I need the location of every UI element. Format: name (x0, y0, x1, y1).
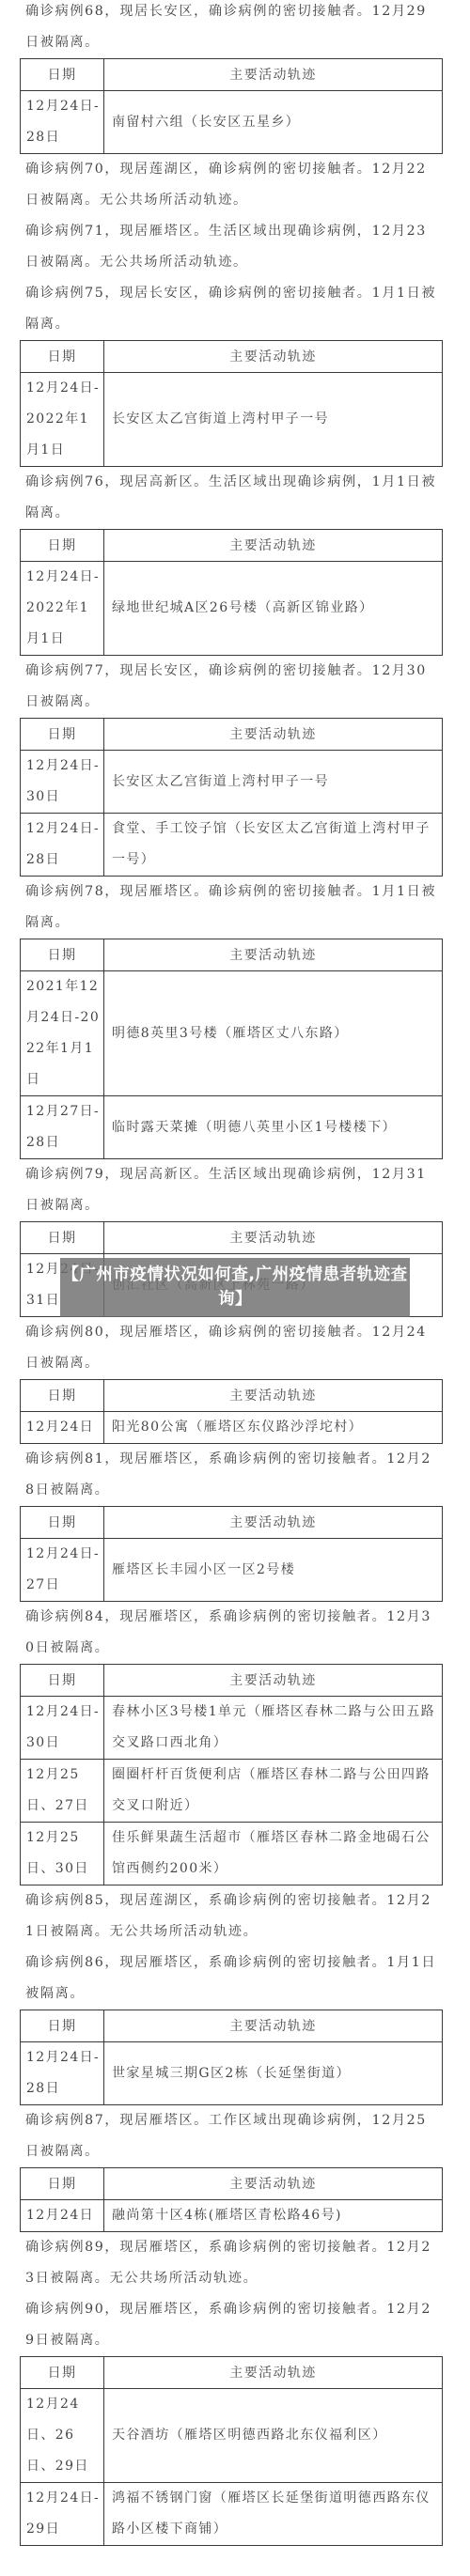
case-description: 确诊病例90，现居雁塔区，系确诊病例的密切接触者。12月29日被隔离。 (25, 2294, 439, 2356)
table-row: 12月24日融尚第十区4栋(雁塔区青松路46号) (21, 2200, 443, 2232)
location-cell: 世家星城三期G区2栋（长延堡街道） (104, 2042, 443, 2105)
table-header-row: 日期主要活动轨迹 (21, 59, 443, 91)
location-cell: 明德8英里3号楼（雁塔区丈八东路） (104, 971, 443, 1096)
activity-track-table: 日期主要活动轨迹2021年12月24日-2022年1月1日明德8英里3号楼（雁塔… (20, 939, 443, 1159)
header-date: 日期 (21, 1665, 104, 1697)
location-cell: 长安区太乙宫街道上湾村甲子一号 (104, 751, 443, 814)
header-track: 主要活动轨迹 (104, 1222, 443, 1254)
location-cell: 长安区太乙宫街道上湾村甲子一号 (104, 373, 443, 467)
case-description: 确诊病例76，现居高新区。生活区域出现确诊病例，1月1日被隔离。 (25, 467, 439, 529)
table-header-row: 日期主要活动轨迹 (21, 719, 443, 751)
header-track: 主要活动轨迹 (104, 530, 443, 562)
location-cell: 雁塔区长丰园小区一区2号楼 (104, 1539, 443, 1602)
header-track: 主要活动轨迹 (104, 2010, 443, 2042)
activity-track-table: 日期主要活动轨迹12月24日-30日长安区太乙宫街道上湾村甲子一号12月24日-… (20, 718, 443, 877)
header-date: 日期 (21, 1380, 104, 1412)
table-header-row: 日期主要活动轨迹 (21, 2357, 443, 2389)
location-cell: 天谷酒坊（雁塔区明德西路北东仪福利区） (104, 2389, 443, 2483)
date-cell: 12月25日、30日 (21, 1823, 104, 1885)
table-row: 12月24日-2022年1月1日长安区太乙宫街道上湾村甲子一号 (21, 373, 443, 467)
activity-track-table: 日期主要活动轨迹12月24日-2022年1月1日长安区太乙宫街道上湾村甲子一号 (20, 340, 443, 467)
table-row: 12月24日-28日食堂、手工饺子馆（长安区太乙宫街道上湾村甲子一号） (21, 814, 443, 877)
header-track: 主要活动轨迹 (104, 2357, 443, 2389)
table-row: 12月27日-28日临时露天菜摊（明德八英里小区1号楼楼下） (21, 1096, 443, 1159)
table-row: 12月24日-2022年1月1日绿地世纪城A区26号楼（高新区锦业路） (21, 562, 443, 656)
header-track: 主要活动轨迹 (104, 59, 443, 91)
table-header-row: 日期主要活动轨迹 (21, 530, 443, 562)
case-description: 确诊病例77，现居长安区，确诊病例的密切接触者。12月30日被隔离。 (25, 656, 439, 718)
table-row: 12月24日-28日世家星城三期G区2栋（长延堡街道） (21, 2042, 443, 2105)
header-date: 日期 (21, 1222, 104, 1254)
table-row: 12月24日-30日春林小区3号楼1单元（雁塔区春林二路与公田五路交叉路口西北角… (21, 1697, 443, 1760)
table-row: 12月24日-29日鸿福不锈钢门窗（雁塔区长延堡街道明德西路东仪路小区楼下商铺） (21, 2483, 443, 2546)
header-track: 主要活动轨迹 (104, 719, 443, 751)
table-row: 12月25日、30日佳乐鲜果蔬生活超市（雁塔区春林二路金地碣石公馆西侧约200米… (21, 1823, 443, 1885)
location-cell: 圈圈杆杆百货便利店（雁塔区春林二路与公田四路交叉口附近） (104, 1760, 443, 1823)
location-cell: 鸿福不锈钢门窗（雁塔区长延堡街道明德西路东仪路小区楼下商铺） (104, 2483, 443, 2546)
date-cell: 12月24日-28日 (21, 91, 104, 154)
case-description: 确诊病例75，现居长安区，确诊病例的密切接触者。1月1日被隔离。 (25, 278, 439, 340)
date-cell: 12月24日 (21, 1412, 104, 1444)
table-row: 12月24日-27日雁塔区长丰园小区一区2号楼 (21, 1539, 443, 1602)
title-banner-overlay: 【广州市疫情状况如何查,广州疫情患者轨迹查询】 (60, 1258, 410, 1317)
header-date: 日期 (21, 939, 104, 971)
activity-track-table: 日期主要活动轨迹12月24日-30日春林小区3号楼1单元（雁塔区春林二路与公田五… (20, 1664, 443, 1885)
header-track: 主要活动轨迹 (104, 1380, 443, 1412)
location-cell: 南留村六组（长安区五星乡） (104, 91, 443, 154)
location-cell: 阳光80公寓（雁塔区东仪路沙浮坨村） (104, 1412, 443, 1444)
location-cell: 春林小区3号楼1单元（雁塔区春林二路与公田五路交叉路口西北角） (104, 1697, 443, 1760)
activity-track-table: 日期主要活动轨迹12月24日-28日南留村六组（长安区五星乡） (20, 58, 443, 154)
date-cell: 12月24日-28日 (21, 2042, 104, 2105)
case-description: 确诊病例81，现居雁塔区，系确诊病例的密切接触者。12月28日被隔离。 (25, 1444, 439, 1506)
activity-track-table: 日期主要活动轨迹12月24日-27日雁塔区长丰园小区一区2号楼 (20, 1506, 443, 1602)
location-cell: 临时露天菜摊（明德八英里小区1号楼楼下） (104, 1096, 443, 1159)
banner-title: 【广州市疫情状况如何查,广州疫情患者轨迹查询】 (62, 1265, 407, 1309)
date-cell: 12月27日-28日 (21, 1096, 104, 1159)
table-row: 12月24日-30日长安区太乙宫街道上湾村甲子一号 (21, 751, 443, 814)
date-cell: 12月24日-28日 (21, 814, 104, 877)
date-cell: 2021年12月24日-2022年1月1日 (21, 971, 104, 1096)
table-header-row: 日期主要活动轨迹 (21, 2168, 443, 2200)
header-date: 日期 (21, 719, 104, 751)
date-cell: 12月24日-30日 (21, 1697, 104, 1760)
table-header-row: 日期主要活动轨迹 (21, 1507, 443, 1539)
case-description: 确诊病例86，现居雁塔区，系确诊病例的密切接触者。1月1日被隔离。 (25, 1948, 439, 2010)
activity-track-table: 日期主要活动轨迹12月24日-28日世家星城三期G区2栋（长延堡街道） (20, 2010, 443, 2105)
activity-track-table: 日期主要活动轨迹12月24日-2022年1月1日绿地世纪城A区26号楼（高新区锦… (20, 529, 443, 656)
date-cell: 12月24日-29日 (21, 2483, 104, 2546)
case-description: 确诊病例89，现居雁塔区，系确诊病例的密切接触者。12月23日被隔离。无公共场所… (25, 2232, 439, 2294)
location-cell: 佳乐鲜果蔬生活超市（雁塔区春林二路金地碣石公馆西侧约200米） (104, 1823, 443, 1885)
case-description: 确诊病例79，现居高新区。生活区域出现确诊病例，12月31日被隔离。 (25, 1159, 439, 1221)
table-row: 12月24日阳光80公寓（雁塔区东仪路沙浮坨村） (21, 1412, 443, 1444)
header-date: 日期 (21, 2357, 104, 2389)
date-cell: 12月24日-27日 (21, 1539, 104, 1602)
table-row: 12月24日、26日、29日天谷酒坊（雁塔区明德西路北东仪福利区） (21, 2389, 443, 2483)
case-description: 确诊病例85，现居莲湖区，系确诊病例的密切接触者。12月21日被隔离。无公共场所… (25, 1885, 439, 1948)
header-date: 日期 (21, 59, 104, 91)
header-track: 主要活动轨迹 (104, 1507, 443, 1539)
header-track: 主要活动轨迹 (104, 939, 443, 971)
case-description: 确诊病例87，现居雁塔区。工作区域出现确诊病例，12月25日被隔离。 (25, 2105, 439, 2167)
header-date: 日期 (21, 2168, 104, 2200)
header-track: 主要活动轨迹 (104, 341, 443, 373)
date-cell: 12月24日 (21, 2200, 104, 2232)
case-description: 确诊病例80，现居雁塔区，确诊病例的密切接触者。12月24日被隔离。 (25, 1317, 439, 1379)
activity-track-table: 日期主要活动轨迹12月24日融尚第十区4栋(雁塔区青松路46号) (20, 2167, 443, 2232)
location-cell: 融尚第十区4栋(雁塔区青松路46号) (104, 2200, 443, 2232)
case-description: 确诊病例68，现居长安区，确诊病例的密切接触者。12月29日被隔离。 (25, 0, 439, 58)
header-track: 主要活动轨迹 (104, 1665, 443, 1697)
table-header-row: 日期主要活动轨迹 (21, 341, 443, 373)
table-row: 2021年12月24日-2022年1月1日明德8英里3号楼（雁塔区丈八东路） (21, 971, 443, 1096)
table-header-row: 日期主要活动轨迹 (21, 1665, 443, 1697)
activity-track-table: 日期主要活动轨迹12月24日阳光80公寓（雁塔区东仪路沙浮坨村） (20, 1379, 443, 1444)
table-header-row: 日期主要活动轨迹 (21, 1380, 443, 1412)
date-cell: 12月24日-30日 (21, 751, 104, 814)
date-cell: 12月25日、27日 (21, 1760, 104, 1823)
table-row: 12月25日、27日圈圈杆杆百货便利店（雁塔区春林二路与公田四路交叉口附近） (21, 1760, 443, 1823)
case-description: 确诊病例84，现居雁塔区，系确诊病例的密切接触者。12月30日被隔离。 (25, 1602, 439, 1664)
table-header-row: 日期主要活动轨迹 (21, 1222, 443, 1254)
case-description: 确诊病例71，现居雁塔区。生活区域出现确诊病例，12月23日被隔离。无公共场所活… (25, 216, 439, 278)
table-header-row: 日期主要活动轨迹 (21, 2010, 443, 2042)
date-cell: 12月24日-2022年1月1日 (21, 562, 104, 656)
header-track: 主要活动轨迹 (104, 2168, 443, 2200)
location-cell: 食堂、手工饺子馆（长安区太乙宫街道上湾村甲子一号） (104, 814, 443, 877)
header-date: 日期 (21, 1507, 104, 1539)
table-row: 12月24日-28日南留村六组（长安区五星乡） (21, 91, 443, 154)
header-date: 日期 (21, 530, 104, 562)
date-cell: 12月24日、26日、29日 (21, 2389, 104, 2483)
case-description: 确诊病例78，现居雁塔区。确诊病例的密切接触者。1月1日被隔离。 (25, 877, 439, 939)
location-cell: 绿地世纪城A区26号楼（高新区锦业路） (104, 562, 443, 656)
activity-track-table: 日期主要活动轨迹12月24日、26日、29日天谷酒坊（雁塔区明德西路北东仪福利区… (20, 2356, 443, 2546)
case-description: 确诊病例70，现居莲湖区，确诊病例的密切接触者。12月22日被隔离。无公共场所活… (25, 154, 439, 216)
date-cell: 12月24日-2022年1月1日 (21, 373, 104, 467)
header-date: 日期 (21, 2010, 104, 2042)
header-date: 日期 (21, 341, 104, 373)
table-header-row: 日期主要活动轨迹 (21, 939, 443, 971)
